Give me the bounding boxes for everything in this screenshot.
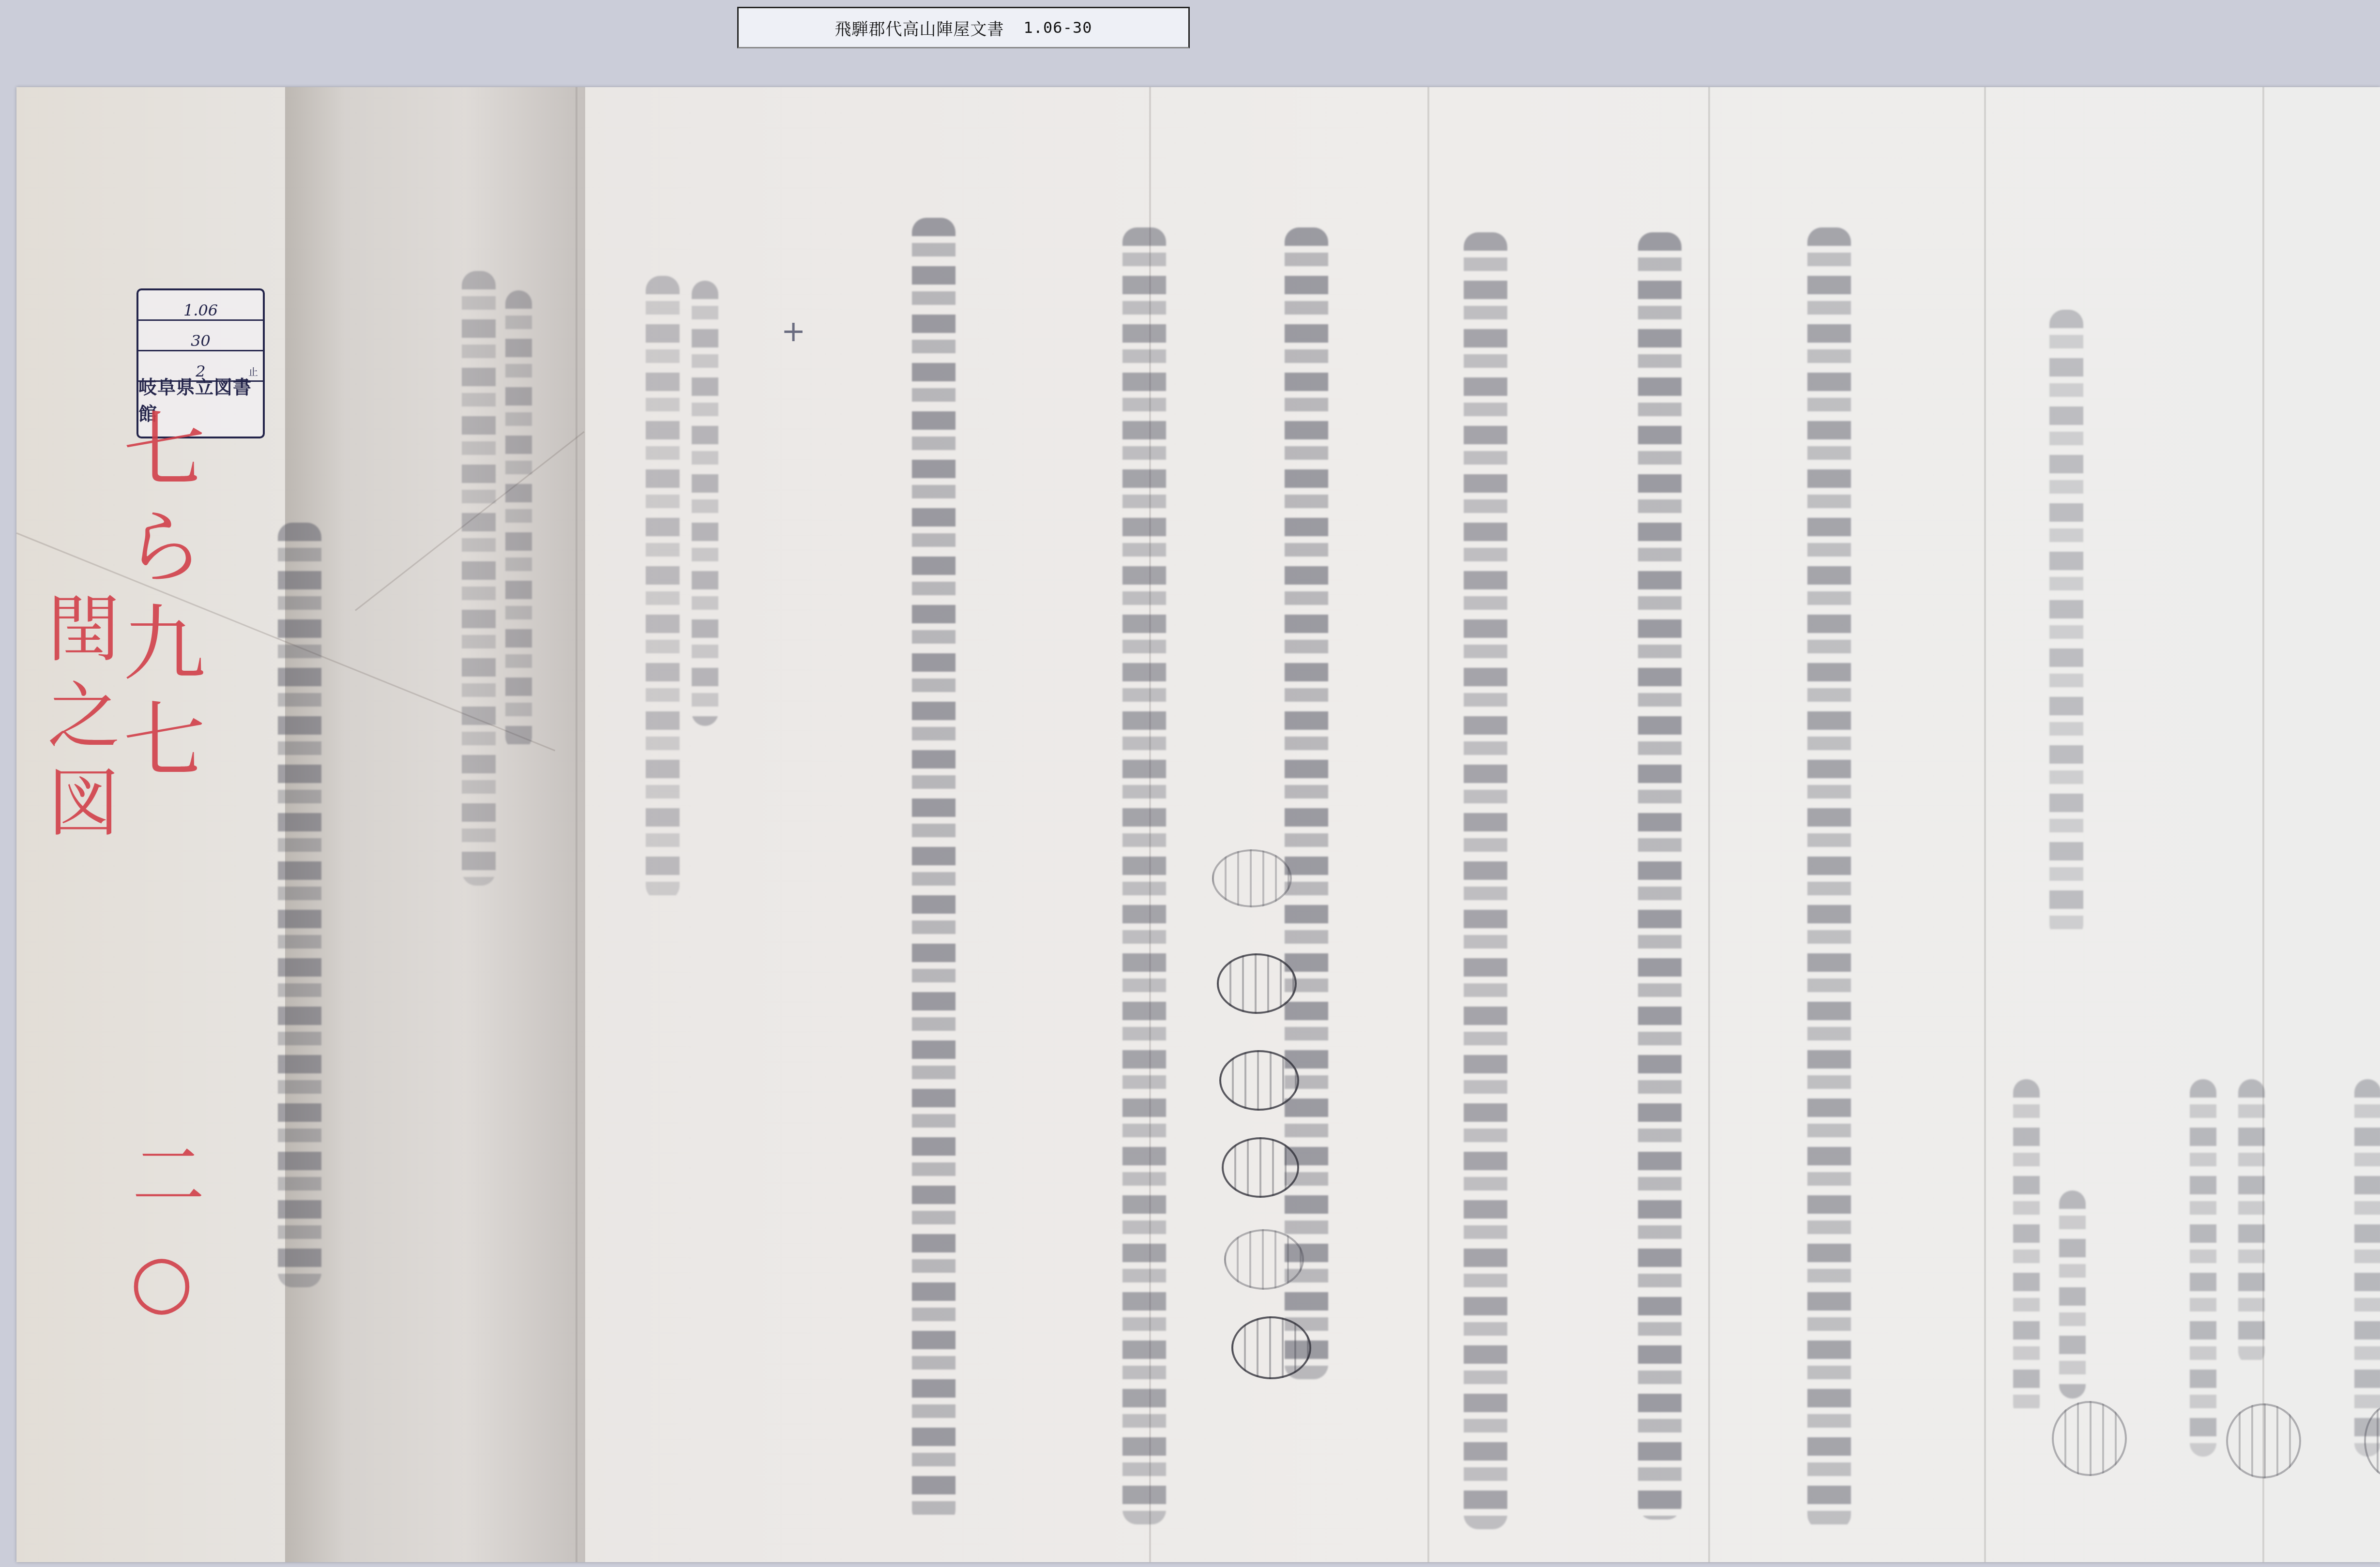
seal-impression <box>1222 1137 1299 1198</box>
ink-text-column <box>1807 227 1851 1529</box>
red-annotation-column-left: 閏之図 <box>41 590 113 852</box>
archive-caption-label: 飛騨郡代高山陣屋文書 1.06-30 <box>737 7 1190 48</box>
fold-line <box>1427 87 1429 1562</box>
seal-impression <box>1231 1316 1311 1379</box>
signature-column <box>2190 1079 2216 1457</box>
ink-text-column <box>692 281 718 726</box>
fold-line <box>1984 87 1986 1562</box>
stamp-row-series: 1.06 <box>138 290 263 321</box>
stamp-row-number: 30 <box>138 321 263 351</box>
ink-text-column <box>1122 227 1166 1524</box>
red-annotation-numeral: 二○ <box>125 1137 198 1352</box>
ink-text-column <box>646 276 680 900</box>
ink-text-column <box>1464 232 1507 1529</box>
document-sheet: 1.06 30 2 止 岐阜県立図書館 七ら九七 閏之図 二○ + <box>16 87 2380 1562</box>
ink-text-column <box>462 271 496 886</box>
fold-line <box>1708 87 1710 1562</box>
stamp-row-sub: 2 止 <box>138 351 263 382</box>
stamp-row-mark: 止 <box>248 364 258 378</box>
ink-text-column <box>1638 232 1682 1520</box>
ink-text-column <box>912 218 955 1524</box>
seal-impression <box>1219 1050 1299 1111</box>
stamp-row-sub-value: 2 <box>196 362 205 380</box>
signature-column <box>2013 1079 2040 1418</box>
caption-title: 飛騨郡代高山陣屋文書 <box>835 16 1004 40</box>
ink-text-column <box>278 523 321 1287</box>
ink-text-column <box>1285 227 1328 1379</box>
fold-line <box>576 87 577 1562</box>
signature-column <box>2238 1079 2265 1365</box>
caption-code: 1.06-30 <box>1024 18 1092 37</box>
red-annotation-column-right: 七ら九七 <box>116 407 198 794</box>
seal-impression <box>1217 953 1297 1014</box>
seal-impression <box>2052 1401 2127 1476</box>
stained-fold-band <box>285 87 585 1562</box>
signature-column <box>2059 1190 2086 1399</box>
seal-impression <box>1224 1229 1304 1290</box>
ink-text-column <box>2049 310 2083 939</box>
seal-impression <box>2226 1403 2301 1478</box>
ink-mark: + <box>781 315 805 348</box>
ink-text-column <box>505 290 532 750</box>
signature-column <box>2354 1079 2380 1457</box>
seal-impression <box>1212 849 1292 907</box>
